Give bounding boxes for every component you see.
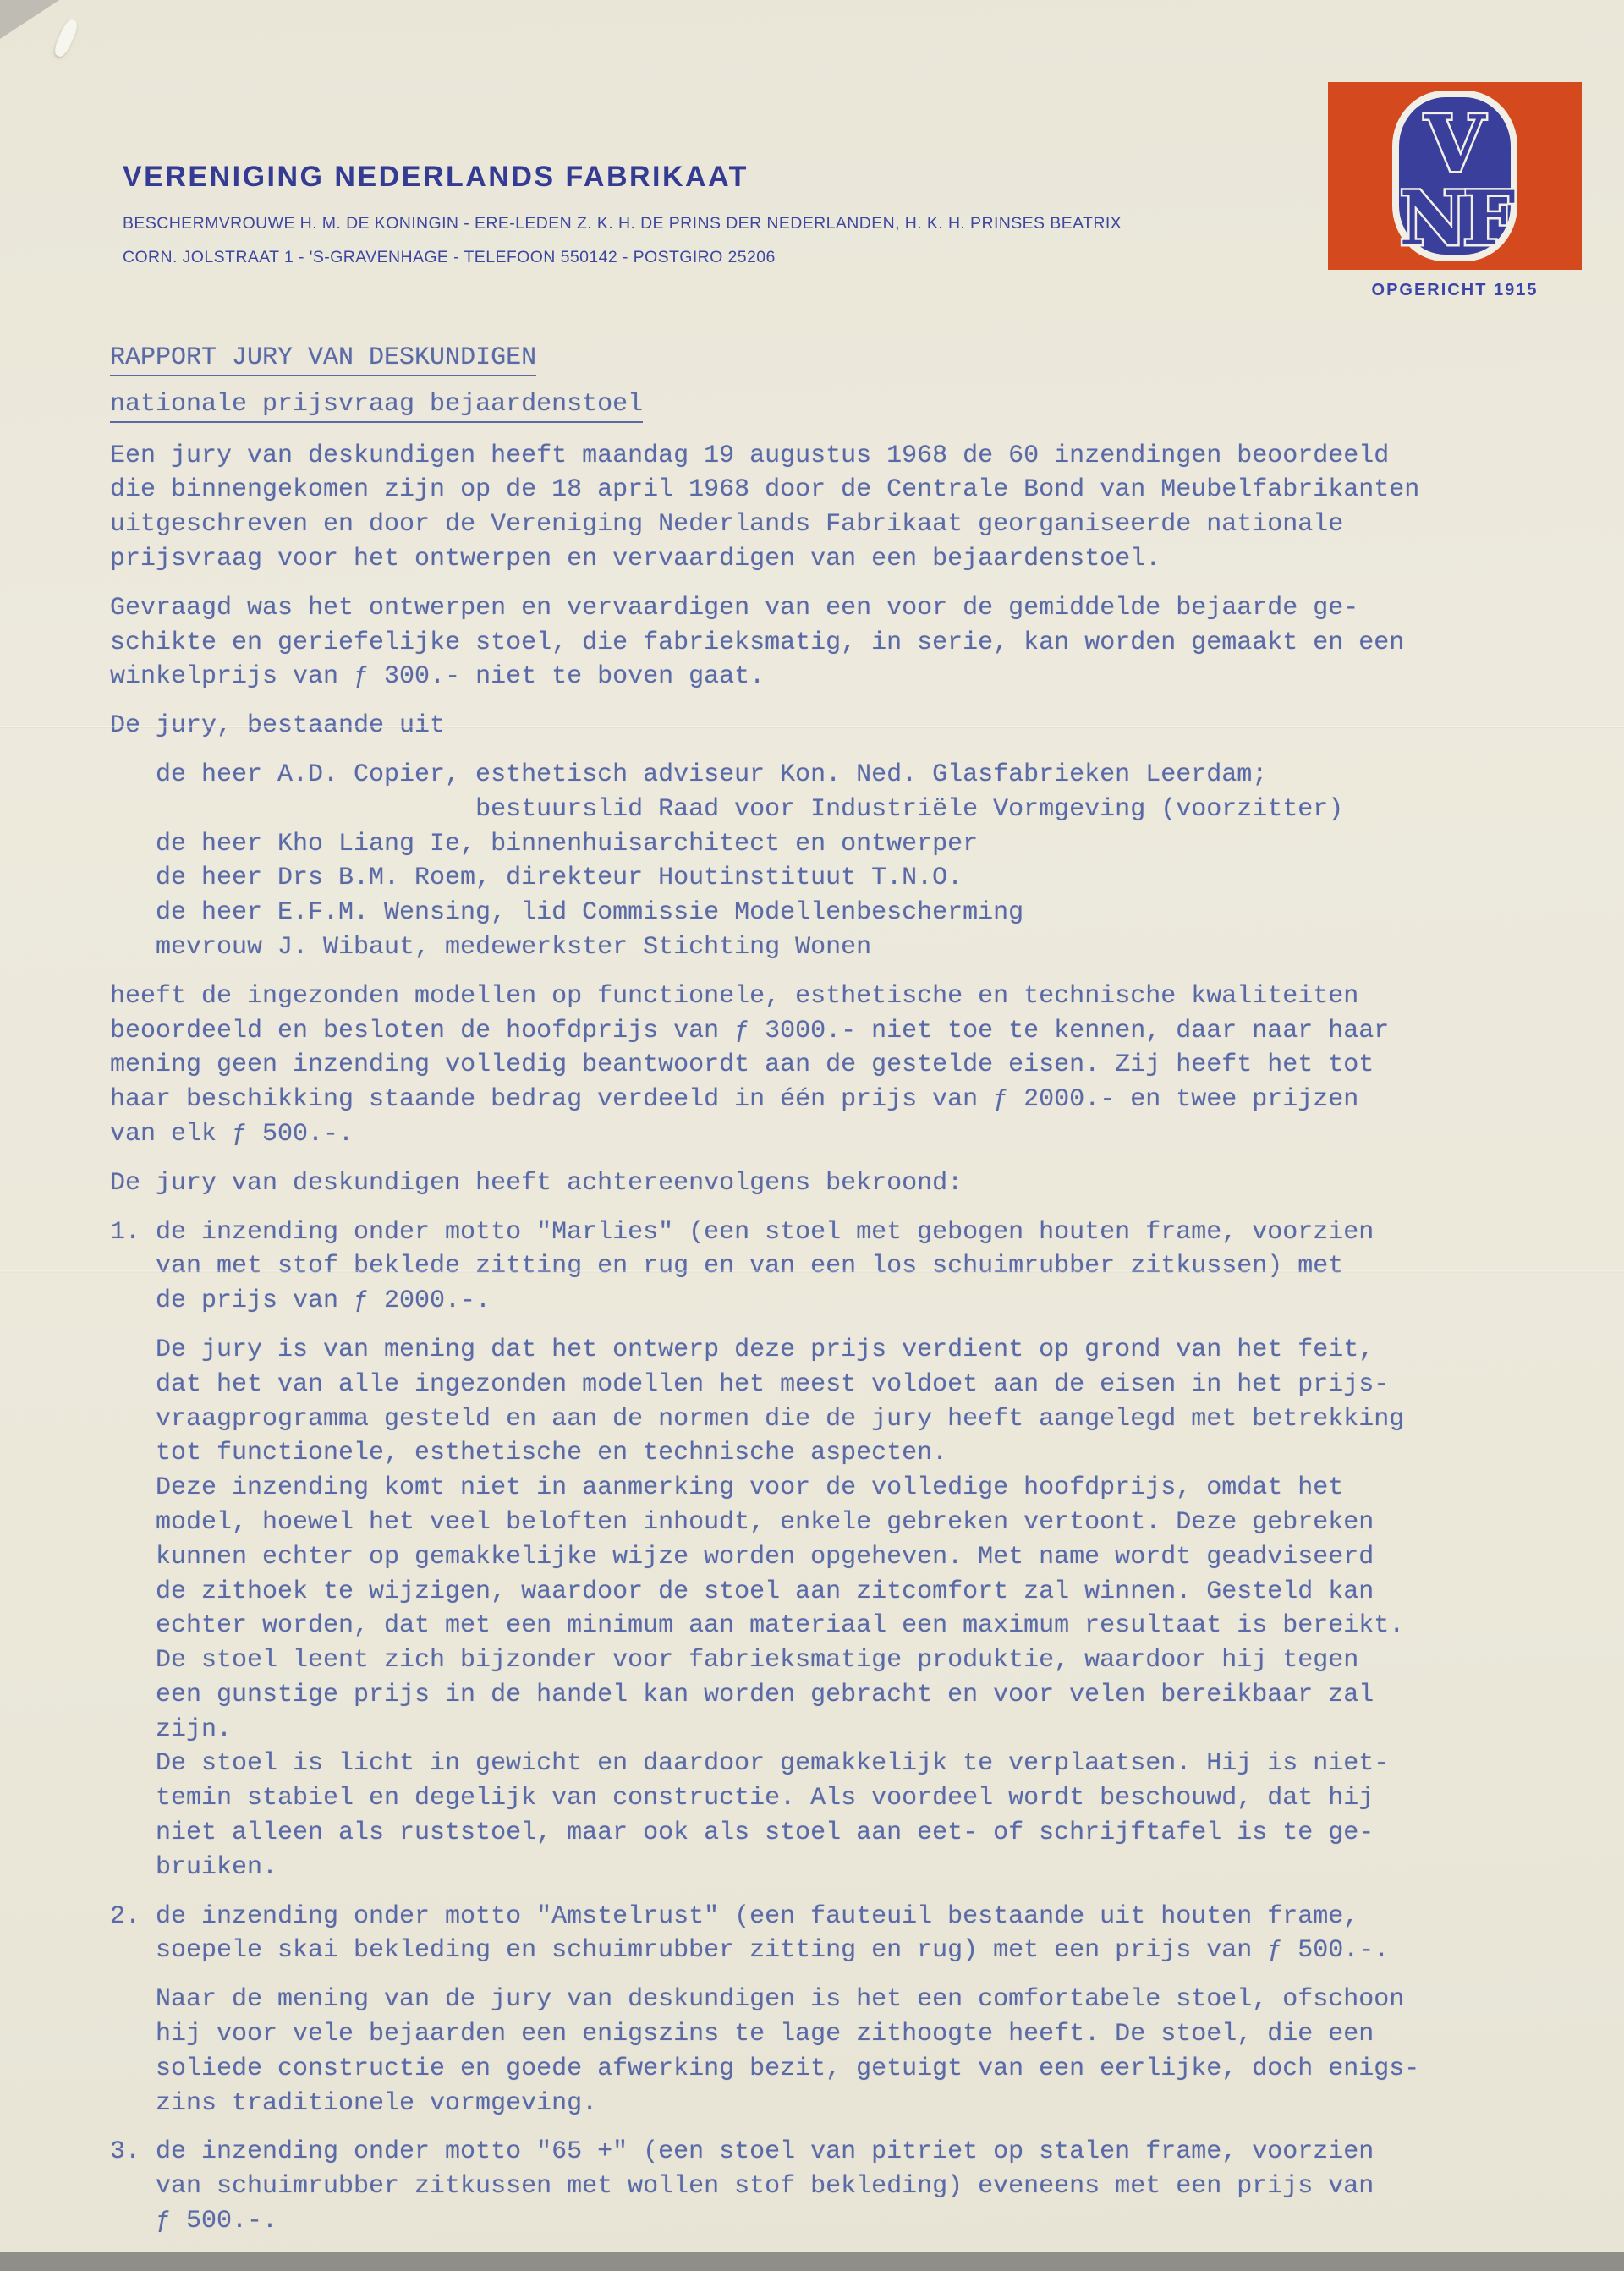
item-number: 1. <box>110 1215 156 1885</box>
paper-crease <box>0 1270 1624 1273</box>
patron-line: BESCHERMVROUWE H. M. DE KONINGIN - ERE-L… <box>123 214 1122 233</box>
decision-paragraph: heeft de ingezonden modellen op function… <box>110 979 1531 1152</box>
item-content: de inzending onder motto "Amstelrust" (e… <box>156 1900 1531 2121</box>
letterhead: VERENIGING NEDERLANDS FABRIKAAT BESCHERM… <box>0 0 1624 300</box>
jury-members-list: de heer A.D. Copier, esthetisch adviseur… <box>156 758 1531 965</box>
vnf-emblem-icon: V NF <box>1328 82 1582 270</box>
report-subtitle-row: nationale prijsvraag bejaardenstoel <box>110 387 1531 422</box>
scan-bottom-edge <box>0 2252 1624 2271</box>
awards-lead: De jury van deskundigen heeft achtereenv… <box>110 1166 1531 1201</box>
paper-crease <box>0 726 1624 728</box>
item-lead: de inzending onder motto "Amstelrust" (e… <box>156 1900 1531 1969</box>
brief-paragraph: Gevraagd was het ontwerpen en vervaardig… <box>110 591 1531 694</box>
founded-label: OPGERICHT 1915 <box>1328 281 1582 300</box>
letterhead-text: VERENIGING NEDERLANDS FABRIKAAT BESCHERM… <box>123 161 1122 267</box>
logo-letters-nf: NF <box>1400 174 1515 262</box>
scanned-letter-page: VERENIGING NEDERLANDS FABRIKAAT BESCHERM… <box>0 0 1624 2252</box>
vnf-logo-block: V NF OPGERICHT 1915 <box>1328 82 1582 300</box>
item-number: 3. <box>110 2135 156 2252</box>
address-line: CORN. JOLSTRAAT 1 - 'S-GRAVENHAGE - TELE… <box>123 248 1122 267</box>
award-item-2: 2. de inzending onder motto "Amstelrust"… <box>110 1900 1531 2121</box>
intro-paragraph: Een jury van deskundigen heeft maandag 1… <box>110 439 1531 577</box>
item-lead: de inzending onder motto "65 +" (een sto… <box>156 2135 1531 2238</box>
vnf-logo-mark: V NF <box>1328 82 1582 270</box>
item-body: Naar de mening van de jury van deskundig… <box>156 1983 1531 2120</box>
item-content: de inzending onder motto "65 +" (een sto… <box>156 2135 1531 2252</box>
report-title: RAPPORT JURY VAN DESKUNDIGEN <box>110 343 536 376</box>
org-name: VERENIGING NEDERLANDS FABRIKAAT <box>123 161 1122 194</box>
typed-report: RAPPORT JURY VAN DESKUNDIGEN nationale p… <box>0 341 1624 2252</box>
award-item-3: 3. de inzending onder motto "65 +" (een … <box>110 2135 1531 2252</box>
item-content: de inzending onder motto "Marlies" (een … <box>156 1215 1531 1885</box>
item-number: 2. <box>110 1900 156 2121</box>
report-title-row: RAPPORT JURY VAN DESKUNDIGEN <box>110 341 1531 376</box>
scan-corner-shade <box>0 0 59 39</box>
item-body: De jury is van mening dat het ontwerp de… <box>156 1333 1531 1885</box>
item-lead: de inzending onder motto "Marlies" (een … <box>156 1215 1531 1319</box>
award-item-1: 1. de inzending onder motto "Marlies" (e… <box>110 1215 1531 1885</box>
report-subtitle: nationale prijsvraag bejaardenstoel <box>110 390 643 423</box>
